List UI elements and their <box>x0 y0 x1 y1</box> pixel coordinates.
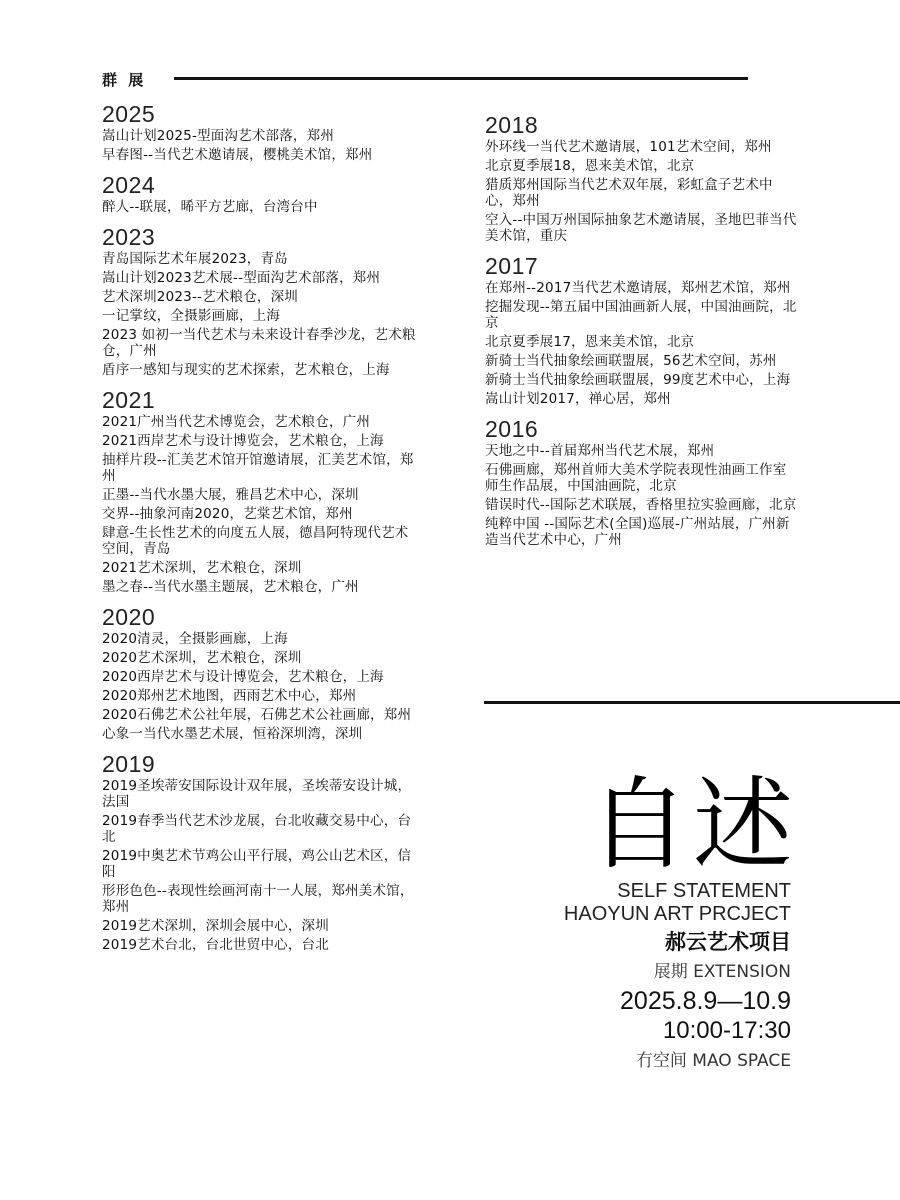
exhibition-entry: 新骑士当代抽象绘画联盟展，99度艺术中心，上海 <box>485 372 800 388</box>
exhibition-entry: 纯粹中国 --国际艺术(全国)巡展-广州站展，广州新造当代艺术中心，广州 <box>485 516 800 548</box>
exhibition-entry: 外环线一当代艺术邀请展，101艺术空间，郑州 <box>485 139 800 155</box>
project-name-cn: 郝云艺术项目 <box>471 928 791 956</box>
opening-hours: 10:00-17:30 <box>471 1016 791 1046</box>
exhibition-entry: 2020艺术深圳，艺术粮仓，深圳 <box>102 650 422 666</box>
year-block: 20202020清灵，全摄影画廊，上海2020艺术深圳，艺术粮仓，深圳2020西… <box>102 603 422 742</box>
exhibition-entry: 盾序一感知与现实的艺术探索，艺术粮仓，上海 <box>102 362 422 378</box>
exhibition-entry: 在郑州--2017当代艺术邀请展，郑州艺术馆，郑州 <box>485 280 800 296</box>
exhibition-entry: 北京夏季展17，恩来美术馆，北京 <box>485 334 800 350</box>
year-block: 2023青岛国际艺术年展2023，青岛嵩山计划2023艺术展--型面沟艺术部落，… <box>102 223 422 378</box>
exhibition-dates: 2025.8.9—10.9 <box>471 986 791 1016</box>
exhibition-title: 自述 <box>471 770 797 880</box>
exhibition-entry: 2019艺术深圳，深圳会展中心，深圳 <box>102 918 422 934</box>
year-heading: 2020 <box>102 603 422 631</box>
exhibition-entry: 2021广州当代艺术博览会，艺术粮仓，广州 <box>102 414 422 430</box>
year-block: 2017在郑州--2017当代艺术邀请展，郑州艺术馆，郑州挖掘发现--第五届中国… <box>485 252 800 407</box>
exhibition-entry: 嵩山计划2025-型面沟艺术部落，郑州 <box>102 128 422 144</box>
exhibition-entry: 嵩山计划2017，禅心居，郑州 <box>485 391 800 407</box>
exhibition-entry: 2019中奥艺术节鸡公山平行展，鸡公山艺术区，信阳 <box>102 848 422 880</box>
year-heading: 2021 <box>102 386 422 414</box>
exhibition-entry: 石佛画廊，郑州首师大美术学院表现性油画工作室师生作品展，中国油画院，北京 <box>485 462 800 494</box>
exhibition-entry: 青岛国际艺术年展2023，青岛 <box>102 251 422 267</box>
year-heading: 2019 <box>102 750 422 778</box>
left-column: 2025嵩山计划2025-型面沟艺术部落，郑州早春图--当代艺术邀请展，樱桃美术… <box>102 100 422 961</box>
exhibition-entry: 交界--抽象河南2020，艺棠艺术馆，郑州 <box>102 506 422 522</box>
exhibition-entry: 嵩山计划2023艺术展--型面沟艺术部落，郑州 <box>102 270 422 286</box>
exhibition-entry: 墨之春--当代水墨主题展，艺术粮仓，广州 <box>102 579 422 595</box>
exhibition-list: 外环线一当代艺术邀请展，101艺术空间，郑州北京夏季展18，恩来美术馆，北京猎质… <box>485 139 800 244</box>
section-title: 群 展 <box>102 69 146 90</box>
year-block: 2018外环线一当代艺术邀请展，101艺术空间，郑州北京夏季展18，恩来美术馆，… <box>485 111 800 244</box>
exhibition-entry: 错误时代--国际艺术联展，香格里拉实验画廊，北京 <box>485 497 800 513</box>
right-column: 2018外环线一当代艺术邀请展，101艺术空间，郑州北京夏季展18，恩来美术馆，… <box>485 111 800 556</box>
subtitle-project-en: HAOYUN ART PRCJECT <box>471 903 791 926</box>
exhibition-entry: 一记掌纹，全摄影画廊，上海 <box>102 308 422 324</box>
exhibition-entry: 2019圣埃蒂安国际设计双年展，圣埃蒂安设计城，法国 <box>102 778 422 810</box>
year-block: 2016天地之中--首届郑州当代艺术展，郑州石佛画廊，郑州首师大美术学院表现性油… <box>485 415 800 548</box>
subtitle-self-statement: SELF STATEMENT <box>471 880 791 903</box>
exhibition-entry: 2020清灵，全摄影画廊，上海 <box>102 631 422 647</box>
year-heading: 2024 <box>102 171 422 199</box>
year-block: 2024醉人--联展，晞平方艺廊，台湾台中 <box>102 171 422 215</box>
year-heading: 2018 <box>485 111 800 139</box>
exhibition-entry: 猎质郑州国际当代艺术双年展，彩虹盒子艺术中心，郑州 <box>485 177 800 209</box>
exhibition-entry: 肆意-生长性艺术的向度五人展，德昌阿特现代艺术空间，青岛 <box>102 525 422 557</box>
year-heading: 2025 <box>102 100 422 128</box>
right-divider <box>484 701 900 704</box>
exhibition-list: 嵩山计划2025-型面沟艺术部落，郑州早春图--当代艺术邀请展，樱桃美术馆，郑州 <box>102 128 422 163</box>
exhibition-list: 2020清灵，全摄影画廊，上海2020艺术深圳，艺术粮仓，深圳2020西岸艺术与… <box>102 631 422 742</box>
top-divider <box>174 77 748 80</box>
year-block: 20212021广州当代艺术博览会，艺术粮仓，广州2021西岸艺术与设计博览会，… <box>102 386 422 595</box>
exhibition-entry: 新骑士当代抽象绘画联盟展，56艺术空间，苏州 <box>485 353 800 369</box>
exhibition-entry: 2019艺术台北，台北世贸中心，台北 <box>102 937 422 953</box>
exhibition-list: 2021广州当代艺术博览会，艺术粮仓，广州2021西岸艺术与设计博览会，艺术粮仓… <box>102 414 422 595</box>
year-heading: 2017 <box>485 252 800 280</box>
exhibition-list: 2019圣埃蒂安国际设计双年展，圣埃蒂安设计城，法国2019春季当代艺术沙龙展，… <box>102 778 422 953</box>
extension-label: 展期 EXTENSION <box>471 960 791 984</box>
exhibition-entry: 2020石佛艺术公社年展，石佛艺术公社画廊，郑州 <box>102 707 422 723</box>
exhibition-entry: 2019春季当代艺术沙龙展，台北收藏交易中心，台北 <box>102 813 422 845</box>
exhibition-entry: 形形色色--表现性绘画河南十一人展，郑州美术馆，郑州 <box>102 883 422 915</box>
venue: 冇空间 MAO SPACE <box>471 1048 791 1074</box>
exhibition-list: 在郑州--2017当代艺术邀请展，郑州艺术馆，郑州挖掘发现--第五届中国油画新人… <box>485 280 800 407</box>
year-block: 20192019圣埃蒂安国际设计双年展，圣埃蒂安设计城，法国2019春季当代艺术… <box>102 750 422 953</box>
year-heading: 2023 <box>102 223 422 251</box>
exhibition-list: 醉人--联展，晞平方艺廊，台湾台中 <box>102 199 422 215</box>
year-block: 2025嵩山计划2025-型面沟艺术部落，郑州早春图--当代艺术邀请展，樱桃美术… <box>102 100 422 163</box>
year-heading: 2016 <box>485 415 800 443</box>
exhibition-info: 自述 SELF STATEMENT HAOYUN ART PRCJECT 郝云艺… <box>471 770 791 1074</box>
exhibition-entry: 醉人--联展，晞平方艺廊，台湾台中 <box>102 199 422 215</box>
exhibition-list: 天地之中--首届郑州当代艺术展，郑州石佛画廊，郑州首师大美术学院表现性油画工作室… <box>485 443 800 548</box>
exhibition-entry: 2020郑州艺术地图，西雨艺术中心，郑州 <box>102 688 422 704</box>
exhibition-entry: 北京夏季展18，恩来美术馆，北京 <box>485 158 800 174</box>
exhibition-entry: 心象一当代水墨艺术展，恒裕深圳湾，深圳 <box>102 726 422 742</box>
exhibition-entry: 早春图--当代艺术邀请展，樱桃美术馆，郑州 <box>102 147 422 163</box>
exhibition-entry: 空入--中国万州国际抽象艺术邀请展，圣地巴菲当代美术馆，重庆 <box>485 212 800 244</box>
exhibition-entry: 挖掘发现--第五届中国油画新人展，中国油画院，北京 <box>485 299 800 331</box>
exhibition-entry: 正墨--当代水墨大展，雅昌艺术中心，深圳 <box>102 487 422 503</box>
exhibition-list: 青岛国际艺术年展2023，青岛嵩山计划2023艺术展--型面沟艺术部落，郑州艺术… <box>102 251 422 378</box>
exhibition-entry: 2020西岸艺术与设计博览会，艺术粮仓，上海 <box>102 669 422 685</box>
exhibition-entry: 2023 如初一当代艺术与未来设计春季沙龙，艺术粮仓，广州 <box>102 327 422 359</box>
exhibition-entry: 艺术深圳2023--艺术粮仓，深圳 <box>102 289 422 305</box>
exhibition-entry: 抽样片段--汇美艺术馆开馆邀请展，汇美艺术馆，郑州 <box>102 452 422 484</box>
exhibition-entry: 2021艺术深圳，艺术粮仓，深圳 <box>102 560 422 576</box>
exhibition-entry: 天地之中--首届郑州当代艺术展，郑州 <box>485 443 800 459</box>
exhibition-entry: 2021西岸艺术与设计博览会，艺术粮仓，上海 <box>102 433 422 449</box>
